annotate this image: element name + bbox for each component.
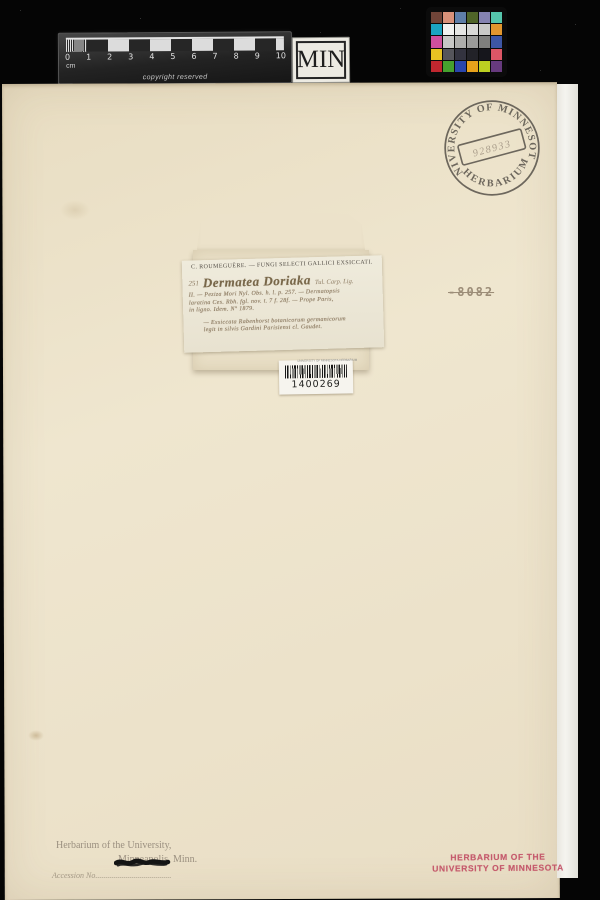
species-authority: Tul. Carp. Lig. [315,278,354,286]
handwriting-lines: II. — Peziza Mori Nyl. Obs. h. l. p. 257… [189,287,378,315]
dust-specks [20,10,21,11]
color-swatch [491,12,502,23]
species-name: Dermatea Doriaka [203,272,311,290]
ruler-ticks: 012345678910 [65,51,286,62]
institution-code-plate: MIN [292,37,350,83]
color-swatch [491,36,502,47]
specimen-label: C. ROUMEGUÈRE. — FUNGI SELECTI GALLICI E… [182,255,384,353]
color-swatch [491,24,502,35]
ruler-tick: 4 [149,52,154,61]
color-swatch [455,36,466,47]
color-swatch [443,61,454,72]
footer-herbarium-line: Herbarium of the University, [56,840,171,851]
color-swatch [455,49,466,60]
color-swatch [431,12,442,23]
color-swatch [479,24,490,35]
specimen-photo: { "scale_bar": { "unit": "cm", "ticks": … [0,0,600,900]
ownership-stamp: HERBARIUM OF THE UNIVERSITY OF MINNESOTA [428,851,568,873]
color-swatch [455,24,466,35]
color-swatch [455,12,466,23]
color-swatch [479,12,490,23]
ruler-tick: 8 [234,52,239,61]
color-checker-grid [431,12,502,72]
collection-number: 251 [188,279,199,287]
barcode-number: 1400269 [279,378,353,390]
ink-scribble [114,855,176,867]
color-swatch [491,49,502,60]
stamp-number: 928933 [472,139,513,160]
ruler-tick: 6 [191,52,196,61]
ruler-tick: 5 [170,52,175,61]
ownership-stamp-line2: UNIVERSITY OF MINNESOTA [428,862,568,874]
color-swatch [455,61,466,72]
scale-bar-mm-ticks [66,40,87,52]
handwriting-notes: — Exsiccata Rabenhorst botanicorum germa… [203,315,377,335]
scale-bar: 012345678910 cm copyright reserved [58,31,292,85]
color-swatch [479,61,490,72]
color-swatch [431,49,442,60]
ruler-tick: 10 [276,51,286,60]
footer-accession-line: Accession No............................… [52,871,171,880]
scale-bar-checker [66,36,284,52]
color-swatch [479,36,490,47]
label-series-header: C. ROUMEGUÈRE. — FUNGI SELECTI GALLICI E… [188,259,376,270]
accession-dots: ..................................... [97,871,171,880]
barcode-caption: UNIVERSITY OF MINNESOTA HERBARIUM [297,360,334,363]
herbarium-round-stamp: UNIVERSITY OF MINNESOTA HERBARIUM 928933 [426,82,559,215]
accession-label: Accession No. [52,871,97,880]
color-swatch [467,36,478,47]
color-swatch [479,49,490,60]
institution-code: MIN [296,41,346,79]
barcode [285,364,347,378]
ruler-tick: 7 [213,52,218,61]
ruler-unit-label: cm [66,63,75,70]
color-swatch [467,61,478,72]
color-swatch [491,61,502,72]
color-swatch [431,61,442,72]
ruler-tick: 3 [128,52,133,61]
color-swatch [443,24,454,35]
color-swatch [467,12,478,23]
color-swatch [431,36,442,47]
ruler-tick: 9 [255,51,260,60]
color-swatch [443,12,454,23]
ruler-tick: 2 [107,52,112,61]
color-swatch [431,24,442,35]
ruler-tick: 1 [86,53,91,62]
color-swatch [467,24,478,35]
color-swatch [443,36,454,47]
color-swatch [467,49,478,60]
ruler-tick: 0 [65,53,70,62]
ruler-copyright: copyright reserved [59,73,291,82]
adjacent-sheet-edge [557,84,578,878]
accession-number-stamp: -8082 [448,285,494,300]
barcode-label: UNIVERSITY OF MINNESOTA HERBARIUM 140026… [279,359,354,394]
color-calibration-target [426,7,507,77]
color-swatch [443,49,454,60]
